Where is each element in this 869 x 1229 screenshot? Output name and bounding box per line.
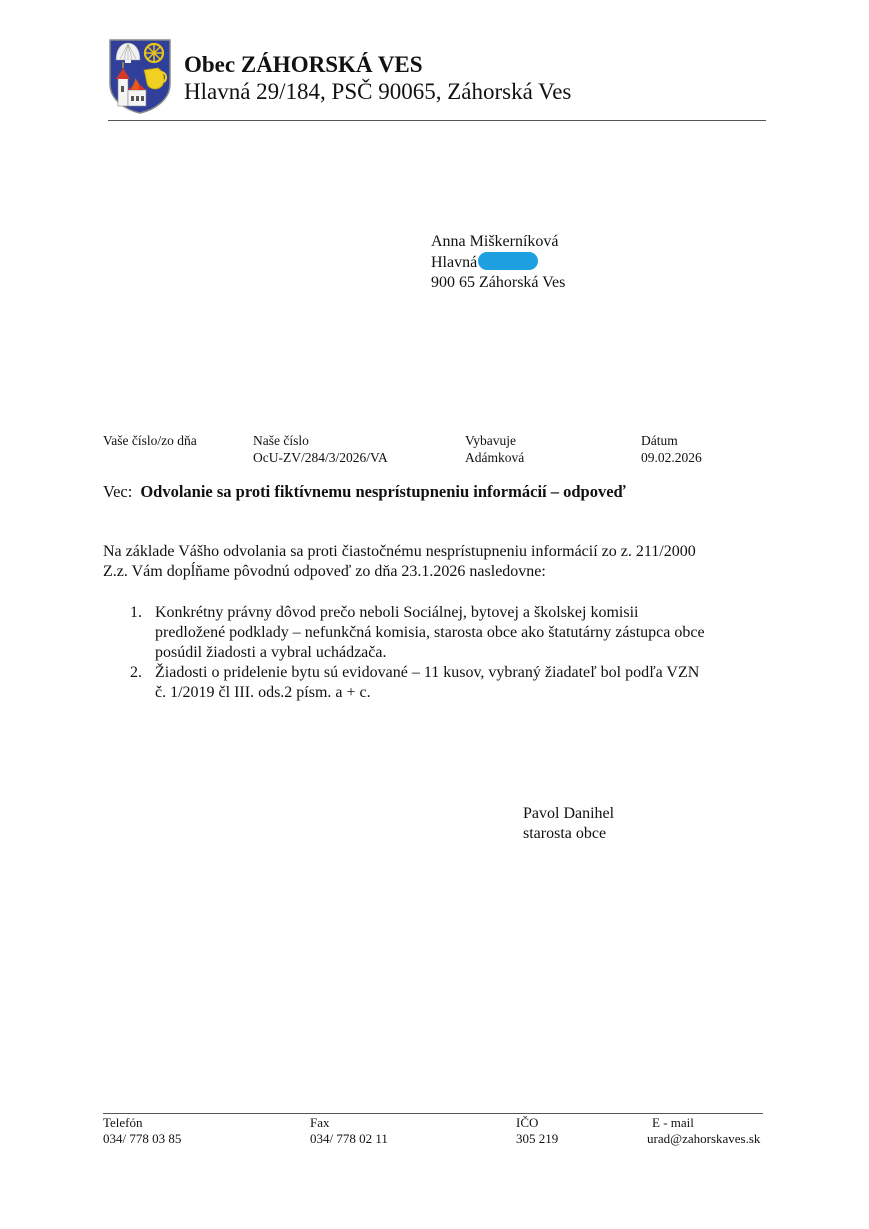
recipient-street: Hlavná (431, 254, 477, 271)
footer-ico-value: 305 219 (516, 1131, 558, 1147)
footer-ico: IČO 305 219 (516, 1115, 558, 1147)
list-item-number: 2. (130, 663, 142, 683)
recipient-city: 900 65 Záhorská Ves (431, 273, 565, 293)
list-item-line: č. 1/2019 čl III. ods.2 písm. a + c. (155, 683, 770, 703)
body-intro: Na základe Vášho odvolania sa proti čias… (103, 542, 773, 582)
handled-by: Vybavuje Adámková (465, 432, 524, 466)
our-reference-value: OcU-ZV/284/3/2026/VA (253, 449, 388, 466)
recipient-address-block: Anna Miškerníková Hlavná 900 65 Záhorská… (431, 232, 565, 293)
footer-fax-label: Fax (310, 1115, 388, 1131)
handled-by-label: Vybavuje (465, 432, 524, 449)
footer-email: E - mail urad@zahorskaves.sk (647, 1115, 760, 1147)
list-item-line: Konkrétny právny dôvod prečo neboli Soci… (155, 603, 770, 623)
footer-fax: Fax 034/ 778 02 11 (310, 1115, 388, 1147)
redaction-mark (478, 252, 538, 270)
recipient-street-line: Hlavná (431, 252, 565, 273)
body-intro-line: Z.z. Vám dopĺňame pôvodnú odpoveď zo dňa… (103, 562, 773, 582)
footer-email-label: E - mail (647, 1115, 760, 1131)
date-value: 09.02.2026 (641, 449, 702, 466)
footer-divider (103, 1113, 763, 1114)
footer-phone: Telefón 034/ 778 03 85 (103, 1115, 181, 1147)
response-list: 1. Konkrétny právny dôvod prečo neboli S… (130, 603, 770, 703)
footer-phone-value: 034/ 778 03 85 (103, 1131, 181, 1147)
body-intro-line: Na základe Vášho odvolania sa proti čias… (103, 542, 773, 562)
date-label: Dátum (641, 432, 702, 449)
our-reference-label: Naše číslo (253, 432, 388, 449)
subject-label: Vec: (103, 482, 132, 501)
coat-of-arms-icon (108, 38, 172, 114)
handled-by-value: Adámková (465, 449, 524, 466)
list-item-number: 1. (130, 603, 142, 623)
letter-date: Dátum 09.02.2026 (641, 432, 702, 466)
list-item-line: posúdil žiadosti a vybral uchádzača. (155, 643, 770, 663)
our-reference: Naše číslo OcU-ZV/284/3/2026/VA (253, 432, 388, 466)
your-reference: Vaše číslo/zo dňa (103, 432, 197, 449)
organization-name: Obec ZÁHORSKÁ VES (184, 52, 423, 78)
list-item-line: predložené podklady – nefunkčná komisia,… (155, 623, 770, 643)
organization-address: Hlavná 29/184, PSČ 90065, Záhorská Ves (184, 79, 571, 105)
footer-email-value[interactable]: urad@zahorskaves.sk (647, 1131, 760, 1147)
signatory-title: starosta obce (523, 824, 614, 844)
recipient-name: Anna Miškerníková (431, 232, 565, 252)
signature-block: Pavol Danihel starosta obce (523, 804, 614, 844)
footer-ico-label: IČO (516, 1115, 558, 1131)
footer-phone-label: Telefón (103, 1115, 181, 1131)
header-divider (108, 120, 766, 121)
your-reference-label: Vaše číslo/zo dňa (103, 432, 197, 449)
list-item: 2. Žiadosti o pridelenie bytu sú evidova… (130, 663, 770, 703)
subject-line: Vec:Odvolanie sa proti fiktívnemu nesprí… (103, 482, 626, 502)
footer-fax-value: 034/ 778 02 11 (310, 1131, 388, 1147)
signatory-name: Pavol Danihel (523, 804, 614, 824)
list-item-line: Žiadosti o pridelenie bytu sú evidované … (155, 663, 770, 683)
subject-text: Odvolanie sa proti fiktívnemu nesprístup… (140, 482, 625, 501)
list-item: 1. Konkrétny právny dôvod prečo neboli S… (130, 603, 770, 663)
